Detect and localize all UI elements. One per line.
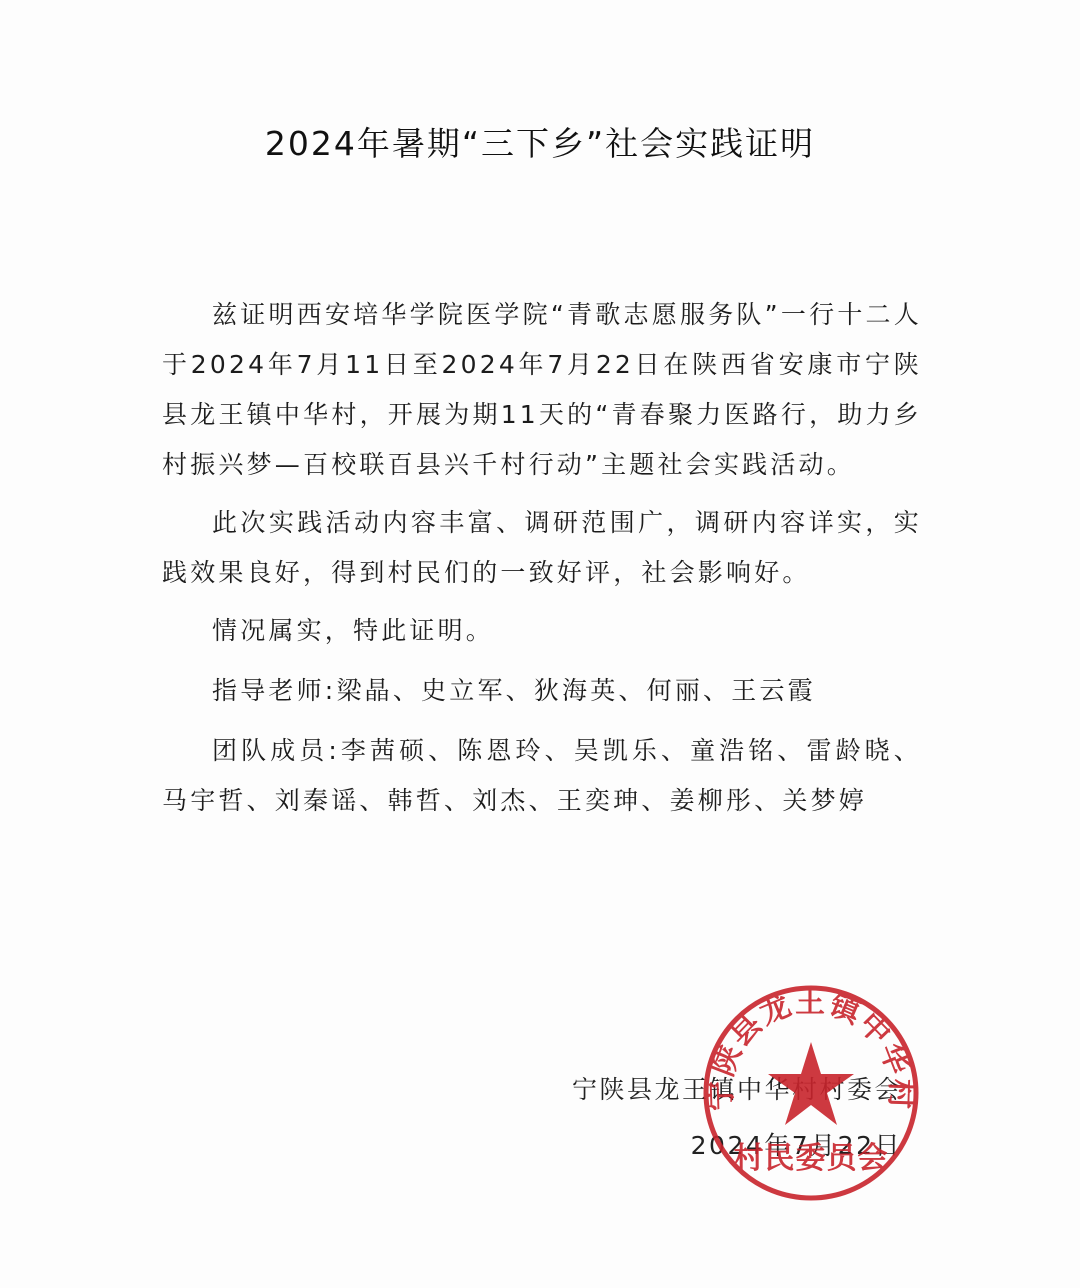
advisors-line: 指导老师:梁晶、史立军、狄海英、何丽、王云霞	[162, 666, 922, 716]
document-title: 2024年暑期“三下乡”社会实践证明	[0, 118, 1080, 165]
paragraph-certification: 兹证明西安培华学院医学院“青歌志愿服务队”一行十二人于2024年7月11日至20…	[162, 290, 922, 490]
signature-block: 宁陕县龙王镇中华村村委会 2024年7月22日	[572, 1062, 902, 1174]
certificate-page: 2024年暑期“三下乡”社会实践证明 兹证明西安培华学院医学院“青歌志愿服务队”…	[0, 0, 1080, 1288]
members-label: 团队成员:	[212, 736, 340, 765]
paragraph-confirmation: 情况属实，特此证明。	[162, 606, 922, 656]
paragraph-evaluation: 此次实践活动内容丰富、调研范围广，调研内容详实，实践效果良好，得到村民们的一致好…	[162, 498, 922, 598]
signature-date: 2024年7月22日	[572, 1118, 902, 1174]
members-line: 团队成员:李茜硕、陈恩玲、吴凯乐、童浩铭、雷龄晓、马宇哲、刘秦谣、韩哲、刘杰、王…	[162, 726, 922, 826]
advisors-label: 指导老师:	[212, 676, 336, 705]
signature-organization: 宁陕县龙王镇中华村村委会	[572, 1062, 902, 1118]
document-body: 兹证明西安培华学院医学院“青歌志愿服务队”一行十二人于2024年7月11日至20…	[162, 290, 922, 836]
advisors-names: 梁晶、史立军、狄海英、何丽、王云霞	[336, 676, 815, 705]
